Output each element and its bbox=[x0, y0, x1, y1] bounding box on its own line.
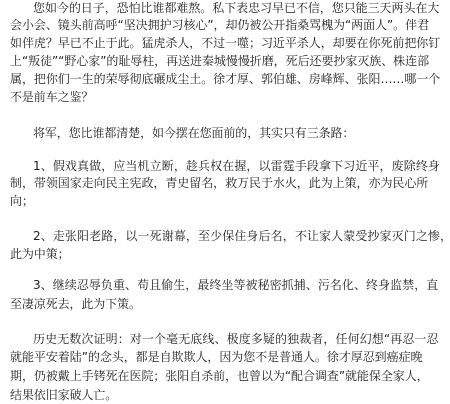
paragraph-line: 属，把你们一生的荣辱彻底碾成尘土。徐才厚、郭伯雄、房峰辉、张阳……哪一个 bbox=[10, 70, 440, 88]
paragraph-line: 如伴虎？早已不止于此。猛虎杀人，不过一噬；习近平杀人，却要在你死前把你钉 bbox=[10, 34, 440, 52]
paragraph-line: 会小会、镜头前高呼“坚决拥护习核心”，却仍被公开指桑骂槐为“两面人”。伴君 bbox=[10, 16, 429, 34]
paragraph-line: 不是前车之鉴？ bbox=[10, 88, 93, 106]
paragraph-line: 制，带领国家走向民主宪政，青史留名，救万民于水火，此为上策，亦为民心所 bbox=[10, 174, 428, 192]
paragraph-line: 历史无数次证明：对一个毫无底线、极度多疑的独裁者，任何幻想“再忍一忍 bbox=[33, 330, 439, 348]
paragraph-line: 此为中策； bbox=[10, 245, 70, 263]
paragraph-line: 至凄凉死去，此为下策。 bbox=[10, 295, 141, 313]
paragraph-line: 3、继续忍辱负重、苟且偷生，最终坐等被秘密抓捕、污名化、终身监禁，直 bbox=[33, 276, 438, 294]
paragraph-line: 结果依旧家破人亡。 bbox=[10, 386, 117, 404]
paragraph-line: 将军，您比谁都清楚，如今摆在您面前的，其实只有三条路： bbox=[33, 124, 354, 142]
paragraph-line: 向； bbox=[10, 192, 34, 210]
paragraph-line: 您如今的日子，恐怕比谁都难熬。私下表忠习早已不信，您只能三天两头在大 bbox=[33, 0, 439, 17]
paragraph-line: 2、走张阳老路，以一死谢幕，至少保住身后名，不让家人蒙受抄家灭门之惨， bbox=[33, 227, 450, 245]
paragraph-line: 上“叛徒”“野心家”的耻辱柱，再送进秦城慢慢折磨，死后还要抄家灭族、株连部 bbox=[10, 52, 429, 70]
paragraph-line: 就能平安着陆”的念头，都是自欺欺人，因为您不是普通人。徐才厚忍到癌症晚 bbox=[10, 348, 422, 366]
paragraph-line: 期，仍被戴上手铐死在医院；张阳自杀前，也曾以为“配合调查”就能保全家人， bbox=[10, 367, 429, 385]
paragraph-line: 1、假戏真做，应当机立断，趁兵权在握，以雷霆手段拿下习近平，废除终身 bbox=[33, 157, 440, 175]
